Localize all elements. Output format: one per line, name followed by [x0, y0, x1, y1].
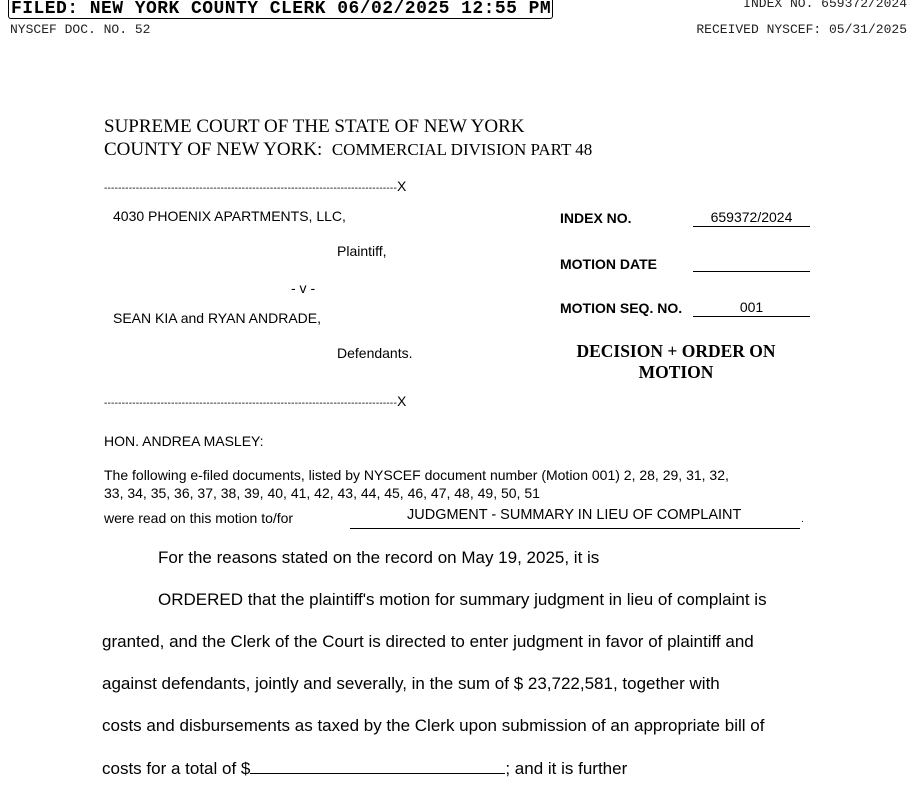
total-costs-prefix: costs for a total of $ [102, 759, 250, 778]
defendant-names: SEAN KIA and RYAN ANDRADE, [113, 310, 321, 326]
defendants-label: Defendants. [337, 345, 413, 361]
documents-list-line-1: The following e-filed documents, listed … [104, 467, 729, 483]
motion-purpose-end: . [801, 514, 804, 525]
versus-label: - v - [291, 280, 315, 296]
order-line-2: granted, and the Clerk of the Court is d… [102, 632, 754, 652]
order-line-1: ORDERED that the plaintiff's motion for … [158, 590, 767, 610]
caption-divider-bottom: ----------------------------------------… [104, 393, 407, 409]
divider-x: X [397, 178, 407, 194]
motion-seq-label: MOTION SEQ. NO. [560, 300, 682, 316]
filed-stamp: FILED: NEW YORK COUNTY CLERK 06/02/2025 … [8, 0, 553, 19]
county-label: COUNTY OF NEW YORK: [104, 139, 322, 160]
decision-title: DECISION + ORDER ON MOTION [560, 341, 792, 383]
documents-list-line-2: 33, 34, 35, 36, 37, 38, 39, 40, 41, 42, … [104, 485, 540, 501]
order-line-5: costs for a total of $; and it is furthe… [102, 758, 627, 779]
divider-dashes: ----------------------------------------… [104, 183, 397, 194]
read-on-label: were read on this motion to/for [104, 510, 293, 526]
divider-dashes: ----------------------------------------… [104, 398, 397, 409]
division-part: COMMERCIAL DIVISION PART 48 [332, 140, 592, 159]
total-costs-blank [250, 758, 505, 774]
caption-divider-top: ----------------------------------------… [104, 178, 407, 194]
motion-seq-value: 001 [693, 299, 810, 317]
total-costs-suffix: ; and it is further [505, 759, 627, 778]
motion-date-label: MOTION DATE [560, 256, 657, 272]
court-county-division: COUNTY OF NEW YORK: COMMERCIAL DIVISION … [104, 139, 592, 161]
paragraph-reasons: For the reasons stated on the record on … [158, 548, 599, 568]
court-name: SUPREME COURT OF THE STATE OF NEW YORK [104, 116, 525, 138]
index-no-label: INDEX NO. [560, 210, 632, 226]
divider-x: X [397, 393, 407, 409]
nyscef-doc-number: NYSCEF DOC. NO. 52 [10, 22, 150, 37]
header-index-number: INDEX NO. 659372/2024 [743, 0, 907, 11]
motion-purpose: JUDGMENT - SUMMARY IN LIEU OF COMPLAINT [350, 507, 800, 529]
motion-date-value [693, 254, 810, 272]
index-no-value: 659372/2024 [693, 209, 810, 227]
received-date: RECEIVED NYSCEF: 05/31/2025 [696, 22, 907, 37]
judge-name: HON. ANDREA MASLEY: [104, 433, 264, 449]
plaintiff-name: 4030 PHOENIX APARTMENTS, LLC, [113, 208, 346, 224]
plaintiff-label: Plaintiff, [337, 243, 387, 259]
order-line-3: against defendants, jointly and severall… [102, 674, 720, 694]
order-line-4: costs and disbursements as taxed by the … [102, 716, 764, 736]
